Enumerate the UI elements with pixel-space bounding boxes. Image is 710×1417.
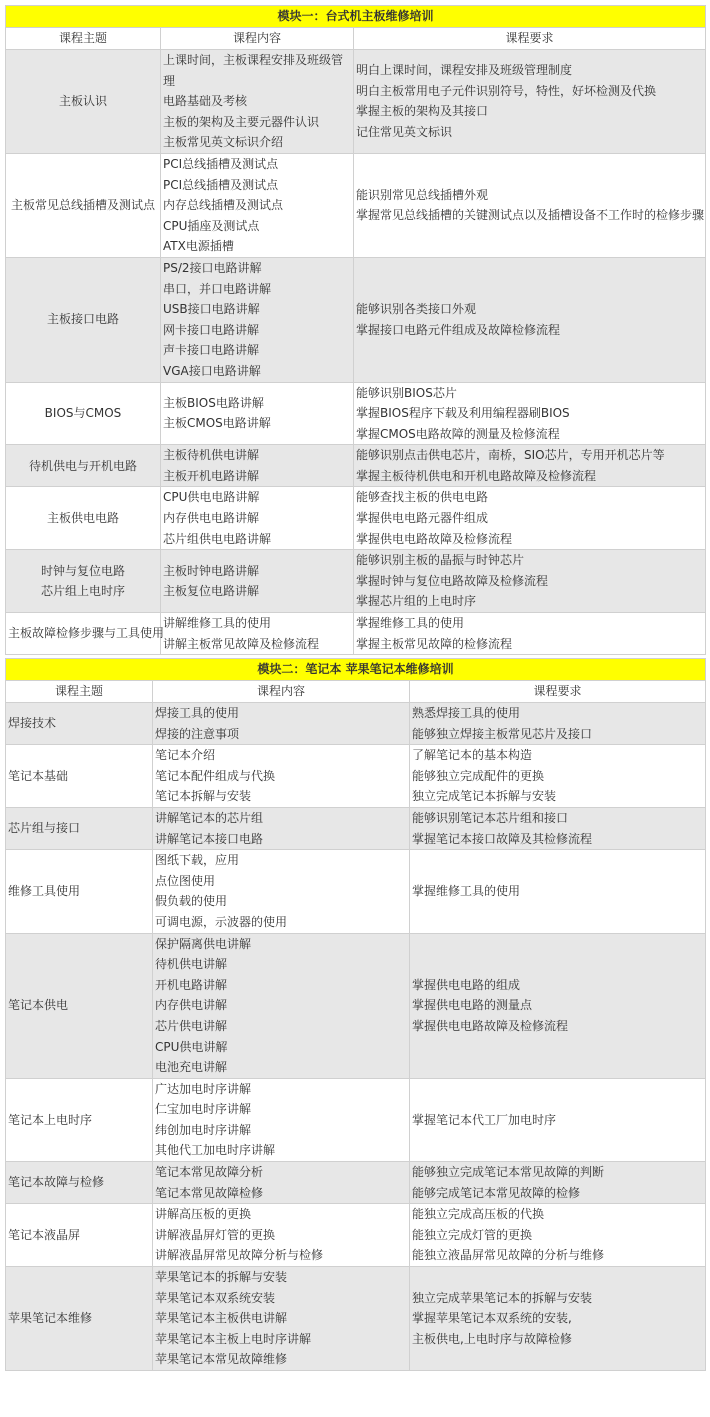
requirements-cell: 掌握维修工具的使用 (410, 850, 706, 933)
topic-cell: 主板供电电路 (6, 487, 161, 550)
cell-line: 假负载的使用 (155, 891, 407, 912)
cell-line: 电池充电讲解 (155, 1057, 407, 1078)
cell-line: 笔记本常见故障检修 (155, 1183, 407, 1204)
cell-line: 讲解维修工具的使用 (163, 613, 351, 634)
cell-line: 时钟与复位电路 (8, 561, 158, 582)
cell-line: 掌握主板常见故障的检修流程 (356, 634, 703, 655)
requirements-cell: 明白上课时间，课程安排及班级管理制度明白主板常用电子元件识别符号，特性，好坏检测… (354, 50, 706, 154)
cell-line: 独立完成笔记本拆解与安装 (412, 786, 703, 807)
cell-line: 明白上课时间，课程安排及班级管理制度 (356, 60, 703, 81)
table-row: 笔记本基础笔记本介绍笔记本配件组成与代换笔记本拆解与安装了解笔记本的基本构造能够… (6, 745, 706, 808)
requirements-cell: 掌握笔记本代工厂加电时序 (410, 1078, 706, 1161)
content-cell: 保护隔离供电讲解待机供电讲解开机电路讲解内存供电讲解芯片供电讲解CPU供电讲解电… (153, 933, 410, 1078)
cell-line: 主板的架构及主要元器件认识 (163, 112, 351, 133)
topic-cell: 芯片组与接口 (6, 807, 153, 849)
cell-line: 待机供电与开机电路 (8, 456, 158, 477)
topic-cell: 主板常见总线插槽及测试点 (6, 153, 161, 257)
cell-line: 苹果笔记本常见故障维修 (155, 1349, 407, 1370)
cell-line: VGA接口电路讲解 (163, 361, 351, 382)
topic-cell: 待机供电与开机电路 (6, 445, 161, 487)
cell-line: 能独立完成高压板的代换 (412, 1204, 703, 1225)
cell-line: 讲解液晶屏常见故障分析与检修 (155, 1245, 407, 1266)
cell-line: 掌握常见总线插槽的关键测试点以及插槽设备不工作时的检修步骤 (356, 205, 703, 226)
header-requirements: 课程要求 (354, 28, 706, 50)
topic-cell: 笔记本供电 (6, 933, 153, 1078)
header-content: 课程内容 (153, 681, 410, 703)
cell-line: 讲解主板常见故障及检修流程 (163, 634, 351, 655)
cell-line: USB接口电路讲解 (163, 299, 351, 320)
cell-line: 芯片组与接口 (8, 818, 150, 839)
cell-line: 笔记本液晶屏 (8, 1225, 150, 1246)
cell-line: 熟悉焊接工具的使用 (412, 703, 703, 724)
cell-line: 能够识别各类接口外观 (356, 299, 703, 320)
cell-line: 主板接口电路 (8, 309, 158, 330)
requirements-cell: 掌握维修工具的使用掌握主板常见故障的检修流程 (354, 613, 706, 655)
cell-line: 开机电路讲解 (155, 975, 407, 996)
cell-line: 能够独立焊接主板常见芯片及接口 (412, 724, 703, 745)
content-cell: 主板时钟电路讲解主板复位电路讲解 (161, 550, 354, 613)
table-row: 苹果笔记本维修苹果笔记本的拆解与安装苹果笔记本双系统安装苹果笔记本主板供电讲解苹… (6, 1267, 706, 1371)
requirements-cell: 能识别常见总线插槽外观掌握常见总线插槽的关键测试点以及插槽设备不工作时的检修步骤 (354, 153, 706, 257)
cell-line: 掌握BIOS程序下载及利用编程器刷BIOS (356, 403, 703, 424)
cell-line: 串口，并口电路讲解 (163, 279, 351, 300)
cell-line: 主板时钟电路讲解 (163, 561, 351, 582)
cell-line: 掌握主板待机供电和开机电路故障及检修流程 (356, 466, 703, 487)
cell-line: PCI总线插槽及测试点 (163, 175, 351, 196)
table-row: 主板故障检修步骤与工具使用讲解维修工具的使用讲解主板常见故障及检修流程掌握维修工… (6, 613, 706, 655)
content-cell: 焊接工具的使用焊接的注意事项 (153, 703, 410, 745)
cell-line: 主板待机供电讲解 (163, 445, 351, 466)
cell-line: 苹果笔记本主板上电时序讲解 (155, 1329, 407, 1350)
cell-line: 焊接技术 (8, 713, 150, 734)
cell-line: 内存总线插槽及测试点 (163, 195, 351, 216)
cell-line: 掌握笔记本接口故障及其检修流程 (412, 829, 703, 850)
cell-line: 笔记本基础 (8, 766, 150, 787)
table-row: 笔记本液晶屏讲解高压板的更换讲解液晶屏灯管的更换讲解液晶屏常见故障分析与检修能独… (6, 1204, 706, 1267)
cell-line: PS/2接口电路讲解 (163, 258, 351, 279)
cell-line: 电路基础及考核 (163, 91, 351, 112)
module1-title: 模块一：台式机主板维修培训 (6, 6, 706, 28)
requirements-cell: 能够查找主板的供电电路掌握供电电路元器件组成掌握供电电路故障及检修流程 (354, 487, 706, 550)
table-row: 主板常见总线插槽及测试点PCI总线插槽及测试点PCI总线插槽及测试点内存总线插槽… (6, 153, 706, 257)
cell-line: 可调电源，示波器的使用 (155, 912, 407, 933)
content-cell: PCI总线插槽及测试点PCI总线插槽及测试点内存总线插槽及测试点CPU插座及测试… (161, 153, 354, 257)
cell-line: 掌握供电电路元器件组成 (356, 508, 703, 529)
cell-line: 能够识别笔记本芯片组和接口 (412, 808, 703, 829)
cell-line: 讲解笔记本接口电路 (155, 829, 407, 850)
topic-cell: 主板故障检修步骤与工具使用 (6, 613, 161, 655)
cell-line: 能够独立完成配件的更换 (412, 766, 703, 787)
requirements-cell: 能够独立完成笔记本常见故障的判断能够完成笔记本常见故障的检修 (410, 1162, 706, 1204)
topic-cell: BIOS与CMOS (6, 382, 161, 445)
cell-line: 主板供电电路 (8, 508, 158, 529)
requirements-cell: 能够识别各类接口外观掌握接口电路元件组成及故障检修流程 (354, 257, 706, 382)
cell-line: CPU插座及测试点 (163, 216, 351, 237)
cell-line: 掌握主板的架构及其接口 (356, 101, 703, 122)
cell-line: 讲解高压板的更换 (155, 1204, 407, 1225)
cell-line: 掌握时钟与复位电路故障及检修流程 (356, 571, 703, 592)
table-row: 待机供电与开机电路主板待机供电讲解主板开机电路讲解能够识别点击供电芯片，南桥，S… (6, 445, 706, 487)
cell-line: 笔记本拆解与安装 (155, 786, 407, 807)
requirements-cell: 能够识别笔记本芯片组和接口掌握笔记本接口故障及其检修流程 (410, 807, 706, 849)
cell-line: 主板常见英文标识介绍 (163, 132, 351, 153)
cell-line: ATX电源插槽 (163, 236, 351, 257)
content-cell: 广达加电时序讲解仁宝加电时序讲解纬创加电时序讲解其他代工加电时序讲解 (153, 1078, 410, 1161)
cell-line: 芯片组供电电路讲解 (163, 529, 351, 550)
cell-line: 主板供电,上电时序与故障检修 (412, 1329, 703, 1350)
cell-line: 主板BIOS电路讲解 (163, 393, 351, 414)
header-content: 课程内容 (161, 28, 354, 50)
content-cell: 图纸下载，应用点位图使用假负载的使用可调电源，示波器的使用 (153, 850, 410, 933)
cell-line: 主板开机电路讲解 (163, 466, 351, 487)
cell-line: 苹果笔记本主板供电讲解 (155, 1308, 407, 1329)
cell-line: PCI总线插槽及测试点 (163, 154, 351, 175)
content-cell: 主板BIOS电路讲解主板CMOS电路讲解 (161, 382, 354, 445)
module2-table: 模块二：笔记本 苹果笔记本维修培训 课程主题 课程内容 课程要求 焊接技术焊接工… (5, 658, 706, 1371)
requirements-cell: 能够识别主板的晶振与时钟芯片掌握时钟与复位电路故障及检修流程掌握芯片组的上电时序 (354, 550, 706, 613)
cell-line: 待机供电讲解 (155, 954, 407, 975)
table-row: 焊接技术焊接工具的使用焊接的注意事项熟悉焊接工具的使用能够独立焊接主板常见芯片及… (6, 703, 706, 745)
requirements-cell: 熟悉焊接工具的使用能够独立焊接主板常见芯片及接口 (410, 703, 706, 745)
cell-line: 笔记本配件组成与代换 (155, 766, 407, 787)
topic-cell: 主板接口电路 (6, 257, 161, 382)
table-row: 主板接口电路PS/2接口电路讲解串口，并口电路讲解USB接口电路讲解网卡接口电路… (6, 257, 706, 382)
requirements-cell: 独立完成苹果笔记本的拆解与安装掌握苹果笔记本双系统的安装,主板供电,上电时序与故… (410, 1267, 706, 1371)
cell-line: 维修工具使用 (8, 881, 150, 902)
header-requirements: 课程要求 (410, 681, 706, 703)
cell-line: 记住常见英文标识 (356, 122, 703, 143)
content-cell: PS/2接口电路讲解串口，并口电路讲解USB接口电路讲解网卡接口电路讲解声卡接口… (161, 257, 354, 382)
cell-line: 笔记本供电 (8, 995, 150, 1016)
cell-line: 焊接工具的使用 (155, 703, 407, 724)
module1-table: 模块一：台式机主板维修培训 课程主题 课程内容 课程要求 主板认识上课时间，主板… (5, 5, 706, 655)
cell-line: 能够完成笔记本常见故障的检修 (412, 1183, 703, 1204)
cell-line: 明白主板常用电子元件识别符号，特性，好坏检测及代换 (356, 81, 703, 102)
cell-line: 掌握供电电路的测量点 (412, 995, 703, 1016)
cell-line: 能够识别点击供电芯片，南桥，SIO芯片，专用开机芯片等 (356, 445, 703, 466)
header-topic: 课程主题 (6, 28, 161, 50)
cell-line: 纬创加电时序讲解 (155, 1120, 407, 1141)
cell-line: 笔记本介绍 (155, 745, 407, 766)
content-cell: CPU供电电路讲解内存供电电路讲解芯片组供电电路讲解 (161, 487, 354, 550)
module2-title: 模块二：笔记本 苹果笔记本维修培训 (6, 659, 706, 681)
cell-line: CPU供电讲解 (155, 1037, 407, 1058)
table-row: 时钟与复位电路芯片组上电时序主板时钟电路讲解主板复位电路讲解能够识别主板的晶振与… (6, 550, 706, 613)
table-row: 笔记本供电保护隔离供电讲解待机供电讲解开机电路讲解内存供电讲解芯片供电讲解CPU… (6, 933, 706, 1078)
cell-line: 芯片供电讲解 (155, 1016, 407, 1037)
cell-line: 掌握维修工具的使用 (356, 613, 703, 634)
table-row: 芯片组与接口讲解笔记本的芯片组讲解笔记本接口电路能够识别笔记本芯片组和接口掌握笔… (6, 807, 706, 849)
table-row: 主板认识上课时间，主板课程安排及班级管理电路基础及考核主板的架构及主要元器件认识… (6, 50, 706, 154)
cell-line: 掌握苹果笔记本双系统的安装, (412, 1308, 703, 1329)
table-row: 笔记本故障与检修笔记本常见故障分析笔记本常见故障检修能够独立完成笔记本常见故障的… (6, 1162, 706, 1204)
topic-cell: 焊接技术 (6, 703, 153, 745)
cell-line: CPU供电电路讲解 (163, 487, 351, 508)
cell-line: 主板复位电路讲解 (163, 581, 351, 602)
content-cell: 讲解维修工具的使用讲解主板常见故障及检修流程 (161, 613, 354, 655)
cell-line: 掌握接口电路元件组成及故障检修流程 (356, 320, 703, 341)
cell-line: 声卡接口电路讲解 (163, 340, 351, 361)
topic-cell: 时钟与复位电路芯片组上电时序 (6, 550, 161, 613)
topic-cell: 笔记本故障与检修 (6, 1162, 153, 1204)
cell-line: 能够查找主板的供电电路 (356, 487, 703, 508)
topic-cell: 维修工具使用 (6, 850, 153, 933)
content-cell: 讲解高压板的更换讲解液晶屏灯管的更换讲解液晶屏常见故障分析与检修 (153, 1204, 410, 1267)
cell-line: 图纸下载，应用 (155, 850, 407, 871)
cell-line: 掌握供电电路故障及检修流程 (356, 529, 703, 550)
cell-line: 内存供电电路讲解 (163, 508, 351, 529)
cell-line: 能独立完成灯管的更换 (412, 1225, 703, 1246)
topic-cell: 笔记本基础 (6, 745, 153, 808)
cell-line: 独立完成苹果笔记本的拆解与安装 (412, 1288, 703, 1309)
cell-line: 广达加电时序讲解 (155, 1079, 407, 1100)
cell-line: 保护隔离供电讲解 (155, 934, 407, 955)
cell-line: 点位图使用 (155, 871, 407, 892)
table-row: 维修工具使用图纸下载，应用点位图使用假负载的使用可调电源，示波器的使用掌握维修工… (6, 850, 706, 933)
cell-line: 苹果笔记本维修 (8, 1308, 150, 1329)
cell-line: 网卡接口电路讲解 (163, 320, 351, 341)
cell-line: 能识别常见总线插槽外观 (356, 185, 703, 206)
cell-line: 能够识别BIOS芯片 (356, 383, 703, 404)
cell-line: 讲解笔记本的芯片组 (155, 808, 407, 829)
cell-line: 仁宝加电时序讲解 (155, 1099, 407, 1120)
content-cell: 笔记本介绍笔记本配件组成与代换笔记本拆解与安装 (153, 745, 410, 808)
requirements-cell: 能独立完成高压板的代换能独立完成灯管的更换能独立液晶屏常见故障的分析与维修 (410, 1204, 706, 1267)
topic-cell: 笔记本上电时序 (6, 1078, 153, 1161)
cell-line: 主板CMOS电路讲解 (163, 413, 351, 434)
topic-cell: 主板认识 (6, 50, 161, 154)
cell-line: 笔记本故障与检修 (8, 1172, 150, 1193)
content-cell: 苹果笔记本的拆解与安装苹果笔记本双系统安装苹果笔记本主板供电讲解苹果笔记本主板上… (153, 1267, 410, 1371)
cell-line: 主板认识 (8, 91, 158, 112)
cell-line: 焊接的注意事项 (155, 724, 407, 745)
content-cell: 主板待机供电讲解主板开机电路讲解 (161, 445, 354, 487)
cell-line: 掌握CMOS电路故障的测量及检修流程 (356, 424, 703, 445)
cell-line: 笔记本上电时序 (8, 1110, 150, 1131)
requirements-cell: 了解笔记本的基本构造能够独立完成配件的更换独立完成笔记本拆解与安装 (410, 745, 706, 808)
cell-line: 掌握维修工具的使用 (412, 881, 703, 902)
cell-line: 掌握供电电路的组成 (412, 975, 703, 996)
cell-line: 讲解液晶屏灯管的更换 (155, 1225, 407, 1246)
cell-line: 掌握笔记本代工厂加电时序 (412, 1110, 703, 1131)
cell-line: BIOS与CMOS (8, 403, 158, 424)
header-topic: 课程主题 (6, 681, 153, 703)
requirements-cell: 掌握供电电路的组成掌握供电电路的测量点掌握供电电路故障及检修流程 (410, 933, 706, 1078)
cell-line: 主板故障检修步骤与工具使用 (8, 623, 158, 644)
requirements-cell: 能够识别点击供电芯片，南桥，SIO芯片，专用开机芯片等掌握主板待机供电和开机电路… (354, 445, 706, 487)
cell-line: 上课时间，主板课程安排及班级管理 (163, 50, 351, 91)
requirements-cell: 能够识别BIOS芯片掌握BIOS程序下载及利用编程器刷BIOS掌握CMOS电路故… (354, 382, 706, 445)
cell-line: 了解笔记本的基本构造 (412, 745, 703, 766)
content-cell: 讲解笔记本的芯片组讲解笔记本接口电路 (153, 807, 410, 849)
topic-cell: 苹果笔记本维修 (6, 1267, 153, 1371)
cell-line: 内存供电讲解 (155, 995, 407, 1016)
table-row: 主板供电电路CPU供电电路讲解内存供电电路讲解芯片组供电电路讲解能够查找主板的供… (6, 487, 706, 550)
cell-line: 能够独立完成笔记本常见故障的判断 (412, 1162, 703, 1183)
cell-line: 能够识别主板的晶振与时钟芯片 (356, 550, 703, 571)
cell-line: 笔记本常见故障分析 (155, 1162, 407, 1183)
content-cell: 上课时间，主板课程安排及班级管理电路基础及考核主板的架构及主要元器件认识主板常见… (161, 50, 354, 154)
cell-line: 苹果笔记本的拆解与安装 (155, 1267, 407, 1288)
cell-line: 掌握芯片组的上电时序 (356, 591, 703, 612)
cell-line: 掌握供电电路故障及检修流程 (412, 1016, 703, 1037)
cell-line: 能独立液晶屏常见故障的分析与维修 (412, 1245, 703, 1266)
cell-line: 主板常见总线插槽及测试点 (8, 195, 158, 216)
cell-line: 苹果笔记本双系统安装 (155, 1288, 407, 1309)
table-row: 笔记本上电时序广达加电时序讲解仁宝加电时序讲解纬创加电时序讲解其他代工加电时序讲… (6, 1078, 706, 1161)
content-cell: 笔记本常见故障分析笔记本常见故障检修 (153, 1162, 410, 1204)
table-row: BIOS与CMOS主板BIOS电路讲解主板CMOS电路讲解能够识别BIOS芯片掌… (6, 382, 706, 445)
cell-line: 其他代工加电时序讲解 (155, 1140, 407, 1161)
topic-cell: 笔记本液晶屏 (6, 1204, 153, 1267)
cell-line: 芯片组上电时序 (8, 581, 158, 602)
